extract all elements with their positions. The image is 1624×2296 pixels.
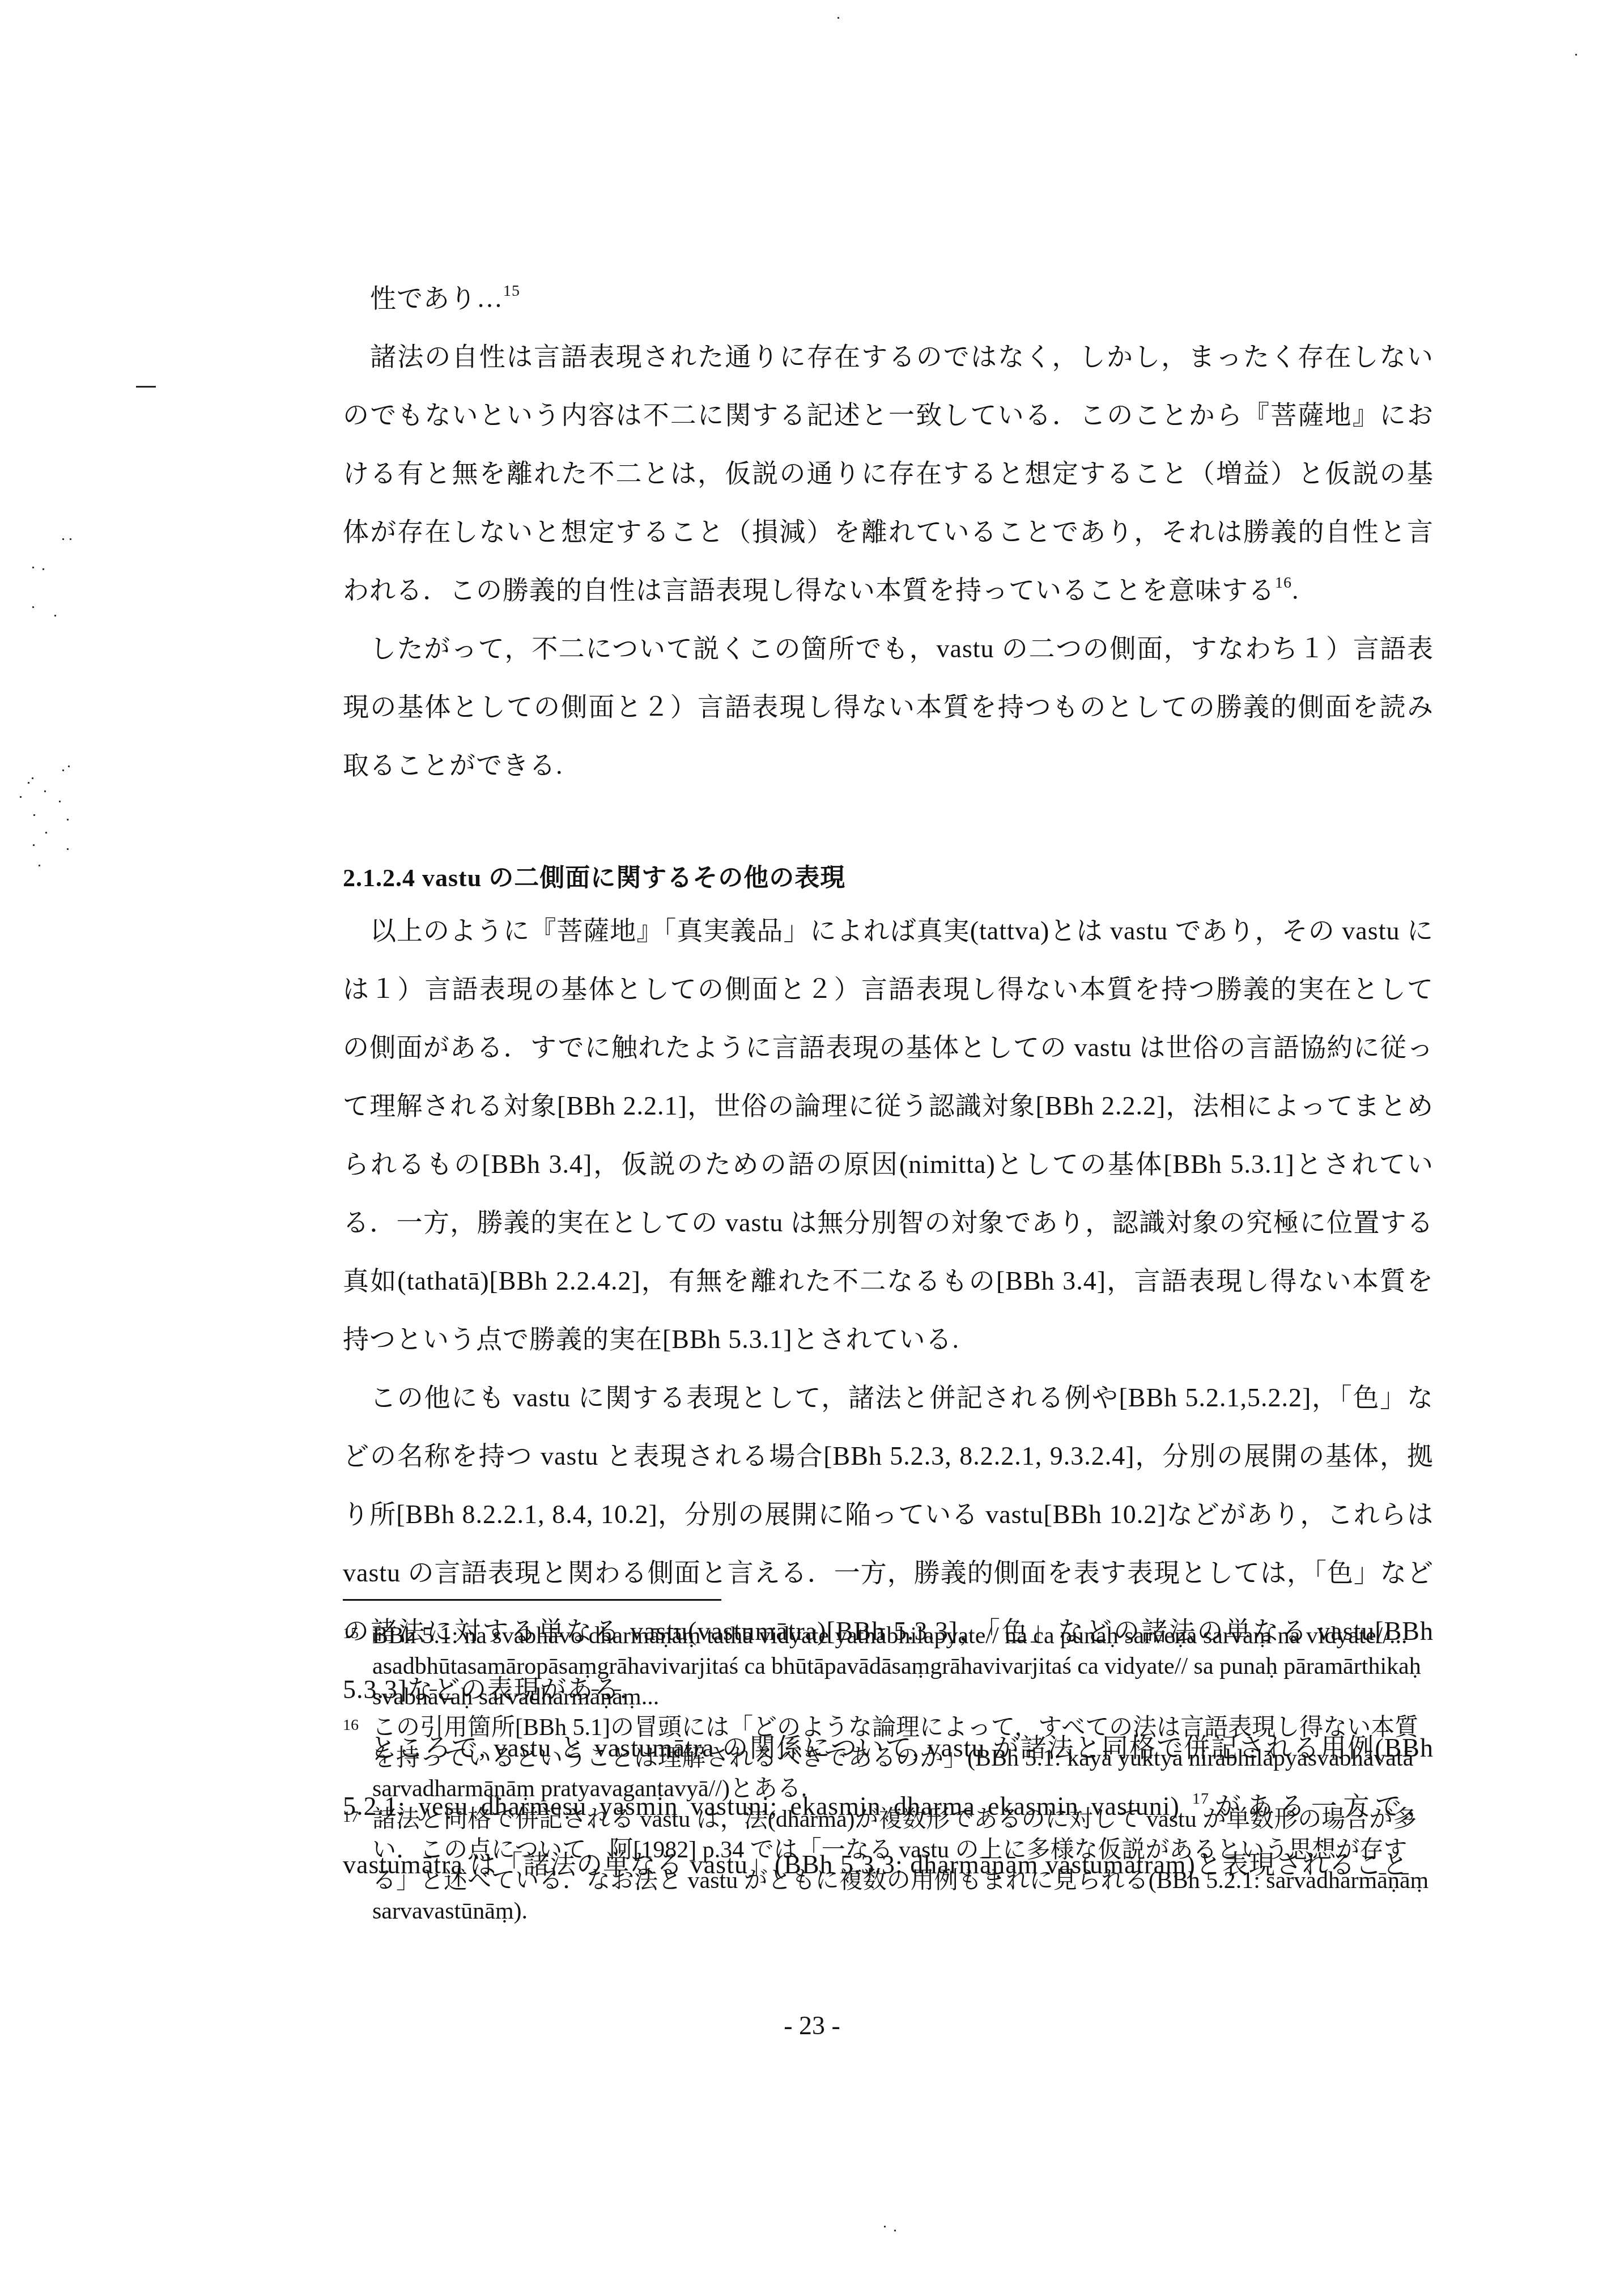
page-number: - 23 - <box>0 2010 1624 2040</box>
scan-speck <box>68 766 70 767</box>
scan-speck <box>62 538 64 540</box>
margin-mark <box>136 386 156 388</box>
footnote-number: 16 <box>343 1710 359 1741</box>
scan-speck <box>1575 54 1577 56</box>
paragraph: 以上のように『菩薩地』「真実義品」によれば真実(tattva)とは vastu … <box>343 902 1434 1368</box>
scan-speck <box>894 2230 896 2231</box>
scan-speck <box>54 615 56 616</box>
footnote-text: この引用箇所[BBh 5.1]の冒頭には「どのような論理によって，すべての法は言… <box>372 1715 1418 1802</box>
paragraph-tail: . <box>1292 576 1299 605</box>
scan-speck <box>67 848 69 850</box>
section-heading: 2.1.2.4 vastu の二側面に関するその他の表現 <box>343 849 1434 907</box>
footnote-divider <box>343 1599 721 1601</box>
paragraph: したがって，不二について説くこの箇所でも，vastu の二つの側面，すなわち１）… <box>343 619 1434 794</box>
scan-speck <box>20 796 22 798</box>
footnotes: 15 BBh 5.1: na svabhāvo dharmāṇāṃ tathā … <box>343 1621 1434 1927</box>
footnote-number: 15 <box>343 1618 359 1649</box>
scan-speck <box>32 567 34 568</box>
paragraph-text: 以上のように『菩薩地』「真実義品」によれば真実(tattva)とは vastu … <box>343 916 1434 1354</box>
paragraph: 性であり…15 <box>343 269 1434 328</box>
scan-speck <box>67 819 69 820</box>
footnote-ref[interactable]: 15 <box>503 282 520 300</box>
paragraph-text: したがって，不二について説くこの箇所でも，vastu の二つの側面，すなわち１）… <box>343 634 1434 780</box>
scan-speck <box>884 2226 886 2227</box>
scan-speck <box>62 769 64 771</box>
scan-speck <box>33 814 35 816</box>
footnote-15: 15 BBh 5.1: na svabhāvo dharmāṇāṃ tathā … <box>343 1621 1434 1712</box>
footnote-text: BBh 5.1: na svabhāvo dharmāṇāṃ tathā vid… <box>372 1623 1421 1710</box>
scan-speck <box>33 844 35 846</box>
scan-speck <box>32 777 33 779</box>
scan-speck <box>837 17 839 19</box>
scan-speck <box>28 782 29 784</box>
paragraph-text: 性であり… <box>370 284 503 313</box>
scan-speck <box>59 801 61 802</box>
footnote-16: 16 この引用箇所[BBh 5.1]の冒頭には「どのような論理によって，すべての… <box>343 1712 1434 1804</box>
scan-speck <box>42 568 44 570</box>
footnote-ref[interactable]: 16 <box>1275 574 1292 592</box>
scan-speck <box>39 865 40 866</box>
paragraph: 諸法の自性は言語表現された通りに存在するのではなく，しかし，まったく存在しないの… <box>343 328 1434 619</box>
scan-speck <box>70 538 71 540</box>
footnote-number: 17 <box>343 1802 359 1832</box>
scan-speck <box>44 790 46 792</box>
paragraph-text: 諸法の自性は言語表現された通りに存在するのではなく，しかし，まったく存在しないの… <box>343 342 1434 605</box>
paper-page: 性であり…15 諸法の自性は言語表現された通りに存在するのではなく，しかし，まっ… <box>0 0 1624 2296</box>
footnote-17: 17 諸法と同格で併記される vastu は，法(dharma)が複数形であるの… <box>343 1804 1434 1927</box>
scan-speck <box>32 606 34 608</box>
footnote-text: 諸法と同格で併記される vastu は，法(dharma)が複数形であるのに対し… <box>372 1806 1429 1924</box>
scan-speck <box>45 832 47 834</box>
